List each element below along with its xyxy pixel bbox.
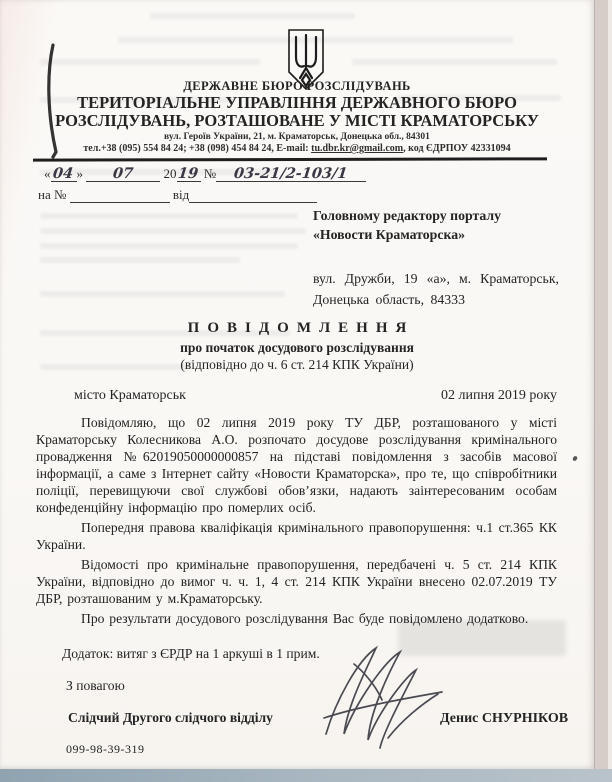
org-contacts: тел.+38 (095) 554 84 24; +38 (098) 454 8… [0, 143, 594, 154]
bleedthrough-artifact [40, 59, 260, 65]
document-place: місто Краматорськ [74, 388, 186, 404]
document-title: ПОВІДОМЛЕННЯ [0, 320, 594, 337]
body-text: Повідомляю, що 02 липня 2019 року ТУ ДБР… [36, 414, 557, 627]
handwritten-signature [318, 642, 450, 754]
ref-number-label: № [204, 166, 216, 181]
ref-day-handwritten: 04 [53, 166, 75, 181]
recipient-title-line2: «Новости Краматорска» [313, 225, 559, 244]
body-paragraph-1: Повідомляю, що 02 липня 2019 року ТУ ДБР… [36, 414, 557, 516]
recipient-title-line1: Головному редактору порталу [313, 206, 559, 225]
incoming-label: на № [38, 187, 66, 202]
bleedthrough-artifact [40, 291, 285, 297]
from-label: від [173, 187, 189, 202]
closing-regards: З повагою [66, 678, 125, 694]
org-name-line1: ТЕРИТОРІАЛЬНЕ УПРАВЛІННЯ ДЕРЖАВНОГО БЮРО [0, 93, 594, 113]
attachment-note: Додаток: витяг з ЄРДР на 1 аркуші в 1 пр… [62, 646, 320, 662]
incoming-reference-line: на № від [38, 187, 317, 203]
scan-edge-right-outer [608, 0, 612, 771]
recipient-address: вул. Дружби, 19 «а», м. Краматорськ, Дон… [313, 268, 559, 310]
signer-position: Слідчий Другого слідчого відділу [68, 710, 273, 726]
org-edrpou: , код ЄДРПОУ 42331094 [403, 143, 511, 154]
org-phones: тел.+38 (095) 554 84 24; +38 (098) 454 8… [83, 143, 311, 154]
org-address: вул. Героїв України, 21, м. Краматорськ,… [0, 132, 594, 142]
letterhead-divider [33, 157, 547, 161]
body-paragraph-3: Відомості про кримінальне правопорушення… [36, 556, 557, 607]
contact-phone: 099-98-39-319 [66, 742, 145, 757]
quote-close: » [77, 166, 84, 181]
scan-edge-right [594, 0, 608, 771]
bleedthrough-artifact [150, 13, 355, 19]
org-email-link[interactable]: tu.dbr.kr@gmail.com [311, 143, 403, 154]
ref-year-prefix: 20 [164, 166, 177, 181]
signer-name: Денис СНУРНІКОВ [440, 711, 560, 727]
body-paragraph-4: Про результати досудового розслідування … [36, 610, 557, 627]
org-name-line2: РОЗСЛІДУВАНЬ, РОЗТАШОВАНЕ У МІСТІ КРАМАТ… [0, 111, 594, 131]
recipient-block: Головному редактору порталу «Новости Кра… [313, 206, 559, 310]
ink-speck [572, 455, 578, 461]
document-subtitle: про початок досудового розслідування [0, 340, 594, 356]
bleedthrough-artifact [40, 243, 298, 249]
ref-month-handwritten: 07 [112, 166, 134, 181]
document-title-note: (відповідно до ч. 6 ст. 214 КПК України) [0, 357, 594, 373]
bleedthrough-artifact [40, 257, 240, 263]
bleedthrough-artifact [40, 213, 298, 219]
document-date: 02 липня 2019 року [441, 388, 557, 404]
scan-edge-bottom [0, 769, 612, 782]
body-paragraph-2: Попередня правова кваліфікація криміналь… [36, 519, 557, 553]
ref-year-handwritten: 19 [178, 166, 200, 181]
org-name-bureau: ДЕРЖАВНЕ БЮРО РОЗСЛІДУВАНЬ [0, 79, 594, 94]
bleedthrough-artifact [352, 59, 557, 65]
ref-number-handwritten: 03-21/2-103/1 [234, 166, 349, 181]
reference-line: «04» 07 2019 №03-21/2-103/1 [44, 166, 366, 182]
document-page: ДЕРЖАВНЕ БЮРО РОЗСЛІДУВАНЬ ТЕРИТОРІАЛЬНЕ… [0, 0, 594, 770]
bleedthrough-artifact [40, 228, 306, 234]
